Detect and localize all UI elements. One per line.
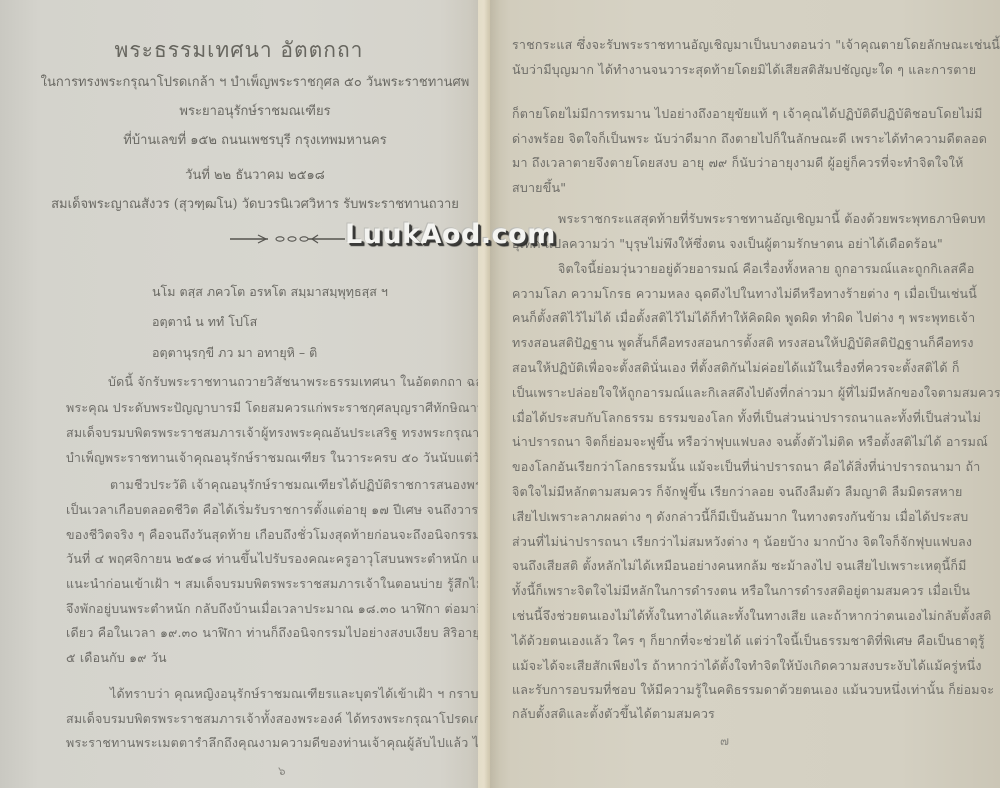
body-line: มา ถึงเวลาตายจึงตายโดยสงบ อายุ ๗๙ ก็นับว… xyxy=(512,155,964,171)
body-line: จึงพักอยู่บนพระตำหนัก กลับถึงบ้านเมื่อเว… xyxy=(66,601,529,617)
body-line: สมเด็จบรมบพิตรพระราชสมภารเจ้าทั้งสองพระอ… xyxy=(66,711,508,727)
body-line: ได้ทราบว่า คุณหญิงอนุรักษ์ราชมณเฑียรและบ… xyxy=(110,686,526,702)
right-page: ราชกระแส ซึ่งจะรับพระราชทานอัญเชิญมาเป็น… xyxy=(490,0,1000,788)
body-line: ๕ เดือนกับ ๑๙ วัน xyxy=(66,650,167,666)
page-number: ๖ xyxy=(278,762,286,781)
body-line: จนถึงเสียสติ ตั้งหลักไม่ได้เหมือนอย่างคน… xyxy=(512,558,967,574)
body-line: พระราชกระแสสุดท้ายที่รับพระราชทานอัญเชิญ… xyxy=(558,211,986,227)
body-line: สอนให้ปฏิบัติเพื่อจะตั้งสตินั่นเอง ที่ตั… xyxy=(512,360,960,376)
book-spread: พระธรรมเทศนา อัตตกถา ในการทรงพระกรุณาโปร… xyxy=(0,0,1000,788)
body-line: จิตใจนี้ย่อมวุ่นวายอยู่ด้วยอารมณ์ คือเรื… xyxy=(558,261,975,277)
body-line: เป็นเพราะปล่อยใจให้ถูกอารมณ์และกิเลสดึงไ… xyxy=(512,385,1000,401)
body-line: น่าปรารถนา จิตก็ย่อมจะฟูขึ้น หรือว่าฟุบแ… xyxy=(512,434,988,450)
body-line: ด่างพร้อย จิตใจก็เป็นพระ นับว่าดีมาก ถึง… xyxy=(512,131,987,147)
body-line: เป็นเวลาเกือบตลอดชีวิต คือได้เริ่มรับราช… xyxy=(66,502,525,518)
subtitle-line: สมเด็จพระญาณสังวร (สุวฑฺฒโน) วัดบวรนิเวศ… xyxy=(40,193,470,214)
body-line: ทั้งนี้ก็เพราะจิตใจไม่มีหลักในการดำรงตน … xyxy=(512,583,970,599)
body-line: เดียว คือในเวลา ๑๙.๓๐ นาฬิกา ท่านก็ถึงอน… xyxy=(66,625,530,641)
body-line: คนก็ตั้งสติไว้ไม่ได้ เมื่อตั้งสติไว้ไม่ไ… xyxy=(512,310,975,326)
ornament-divider-icon xyxy=(230,233,345,245)
page-edge xyxy=(478,0,490,788)
page-number: ๗ xyxy=(720,732,729,751)
body-line: บัดนี้ จักรับพระราชทานถวายวิสัชนาพระธรรม… xyxy=(108,374,541,390)
body-line: สบายขึ้น" xyxy=(512,180,566,196)
body-line: ของชีวิตจริง ๆ คือจนถึงวันสุดท้าย เกือบถ… xyxy=(66,527,516,543)
subtitle-line: พระยาอนุรักษ์ราชมณเฑียร xyxy=(40,100,470,121)
body-line: พระราชทานพระเมตตารำลึกถึงคุณงามความดีของ… xyxy=(66,735,547,751)
body-line: ทรงสอนสติปัฏฐาน พูดสั้นก็คือทรงสอนการตั้… xyxy=(512,335,974,351)
subtitle-line: ในการทรงพระกรุณาโปรดเกล้า ฯ บำเพ็ญพระราช… xyxy=(40,71,470,92)
subtitle-line: วันที่ ๒๒ ธันวาคม ๒๕๑๘ xyxy=(40,164,470,185)
body-line: เสียไปเพราะลาภผลต่าง ๆ ดังกล่าวนี้ก็มีเป… xyxy=(512,509,968,525)
body-line: จิตใจไม่มีหลักตามสมควร ก็จักฟูขึ้น เรียก… xyxy=(512,484,963,500)
pali-verse-line: นโม ตสฺส ภควโต อรหโต สมฺมาสมฺพุทฺธสฺส ฯ xyxy=(152,282,388,302)
body-line: ความโลภ ความโกรธ ความหลง ฉุดดึงไปในทางไม… xyxy=(512,286,977,302)
body-line: วันที่ ๔ พฤศจิกายน ๒๕๑๘ ท่านขึ้นไปรับรอง… xyxy=(66,551,510,567)
body-line: และรับการอบรมที่ชอบ ให้มีความรู้ในคติธรร… xyxy=(512,682,994,698)
body-line: ส่วนที่ไม่น่าปรารถนา เรียกว่าไม่สมหวังต่… xyxy=(512,534,972,550)
body-line: ราชกระแส ซึ่งจะรับพระราชทานอัญเชิญมาเป็น… xyxy=(512,37,1000,53)
body-line: นับว่ามีบุญมาก ได้ทำงานจนวาระสุดท้ายโดยม… xyxy=(512,62,976,78)
pali-verse-line: อตฺตานํ น ททํ โปโส xyxy=(152,312,257,332)
body-line: แม้จะได้จะเสียสักเพียงไร ถ้าหากว่าได้ตั้… xyxy=(512,658,982,674)
body-line: ของโลกอันเรียกว่าโลกธรรมนั้น แม้จะเป็นที… xyxy=(512,459,981,475)
body-line: เมื่อได้ประสบกับโลกธรรม ธรรมของโลก ทั้งท… xyxy=(512,410,981,426)
body-line: ได้ด้วยตนเองแล้ว ใคร ๆ ก็ยากที่จะช่วยได้… xyxy=(512,633,985,649)
body-line: สมเด็จบรมบพิตรพระราชสมภารเจ้าผู้ทรงพระคุ… xyxy=(66,425,537,441)
body-line: เช่นนี้จึงช่วยตนเองไม่ได้ทั้งในทางได้และ… xyxy=(512,608,991,624)
body-line: พระคุณ ประดับพระปัญญาบารมี โดยสมควรแก่พร… xyxy=(66,400,531,416)
pali-verse-line: อตฺตานุรกฺขี ภว มา อทายุหิ – ติ xyxy=(152,343,317,363)
subtitle-line: ที่บ้านเลขที่ ๑๕๒ ถนนเพชรบุรี กรุงเทพมหา… xyxy=(40,129,470,150)
body-line: อุเทศ แปลความว่า "บุรุษไม่พึงให้ซึ่งตน จ… xyxy=(512,236,943,252)
page-title: พระธรรมเทศนา อัตตกถา xyxy=(0,34,478,67)
left-page: พระธรรมเทศนา อัตตกถา ในการทรงพระกรุณาโปร… xyxy=(0,0,478,788)
body-line: ก็ตายโดยไม่มีการทรมาน ไปอย่างถึงอายุขัยแ… xyxy=(512,106,983,122)
body-line: แนะนำก่อนเข้าเฝ้า ฯ สมเด็จบรมบพิตรพระราช… xyxy=(66,576,515,592)
watermark-logo: LuukAod.com xyxy=(345,219,556,250)
body-line: กลับตั้งสติและตั้งตัวขึ้นได้ตามสมควร xyxy=(512,706,715,722)
